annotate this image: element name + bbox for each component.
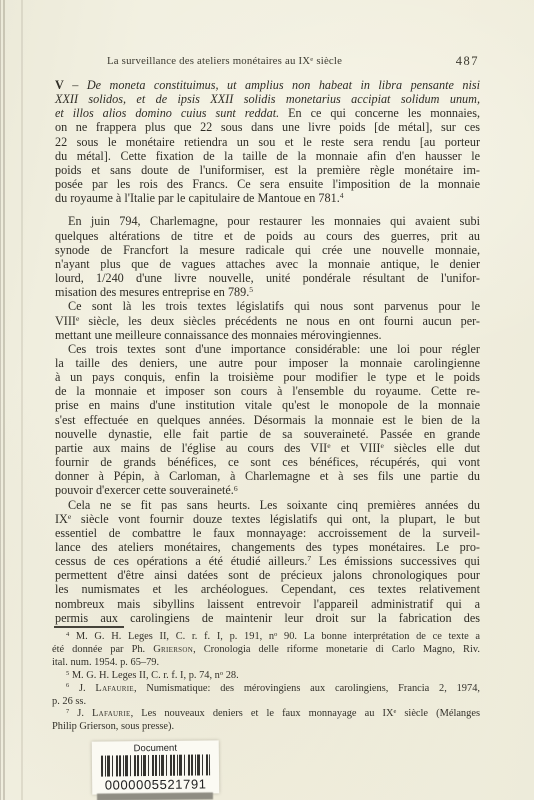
paragraph: 5 M. G. H. Leges II, C. r. f. I, p. 74, … xyxy=(52,670,480,683)
text-line: 7 J. Lafaurie, Les nouveaux deniers et l… xyxy=(52,708,480,721)
paragraph: Cela ne se fit pas sans heurts. Les soix… xyxy=(55,498,480,625)
text-segment: essentiel de combattre le faux monnayage… xyxy=(55,526,480,540)
text-line: n'ayant plus que de vagues attaches avec… xyxy=(55,257,480,271)
text-segment: nombreux mais sibyllins laissent entrevo… xyxy=(55,597,480,611)
paragraph: V – De moneta constituimus, ut amplius n… xyxy=(55,78,480,205)
text-line: poids et sans doute de l'uniformiser, es… xyxy=(55,163,480,177)
text-segment: siècle xyxy=(313,55,342,67)
text-segment: , Numismatique: des mérovingiens aux car… xyxy=(134,683,480,694)
text-segment: Lafaurie xyxy=(95,683,134,694)
text-segment: Philip Grierson, sous presse). xyxy=(52,721,174,732)
text-line: cessus de ces opérations a été étudié ai… xyxy=(55,554,480,568)
text-segment: permettent d'être ainsi datées sont de p… xyxy=(55,568,480,582)
text-segment: siècle, les deux siècles précédents ne n… xyxy=(79,314,480,328)
text-line: Ces trois textes sont d'une importance c… xyxy=(55,342,480,356)
text-line: prise en mains d'une institution vitale … xyxy=(55,398,480,412)
footnote-rule xyxy=(54,626,124,628)
paragraph: 4 M. G. H. Leges II, C. r. f. I, p. 191,… xyxy=(52,631,480,670)
sticker-shadow xyxy=(97,792,213,800)
text-line: donner à Pépin, à Carloman, à Charlemagn… xyxy=(55,469,480,483)
text-line: du métal]. Cette fixation de la taille d… xyxy=(55,149,480,163)
text-line: 22 sous le monétaire retiendra un sou et… xyxy=(55,135,480,149)
text-segment: siècles elle dut xyxy=(384,441,480,455)
text-segment: Ce sont là les trois textes législatifs … xyxy=(68,299,480,313)
text-segment: pouvoir d'exercer cette souveraineté. xyxy=(55,483,234,497)
text-line: Ce sont là les trois textes législatifs … xyxy=(55,299,480,313)
body-text: V – De moneta constituimus, ut amplius n… xyxy=(55,78,480,625)
text-segment: ital. num. 1954. p. 65–79. xyxy=(52,657,159,668)
text-segment: 4 xyxy=(66,631,69,638)
text-segment: posée par les rois des Francs. Ce sera e… xyxy=(55,177,480,191)
text-segment: nouvelle dynastie, elle fait partie de s… xyxy=(55,427,480,441)
barcode-bars xyxy=(101,754,210,776)
text-segment: Ces trois textes sont d'une importance c… xyxy=(68,342,480,356)
text-segment: , Les nouveaux deniers et le faux monnay… xyxy=(131,708,394,719)
page-number: 487 xyxy=(456,54,479,69)
text-segment: s'est effectuée en quelques années. Déso… xyxy=(55,413,480,427)
text-line: Philip Grierson, sous presse). xyxy=(52,721,480,734)
text-segment: poids et sans doute de l'uniformiser, es… xyxy=(55,163,480,177)
text-line: En juin 794, Charlemagne, pour restaurer… xyxy=(55,214,480,228)
text-line: permis aux carolingiens de maintenir leu… xyxy=(55,611,480,625)
text-segment: Cela ne se fit pas sans heurts. Les soix… xyxy=(68,498,480,512)
text-segment: o xyxy=(220,670,223,677)
text-segment: – xyxy=(64,78,87,92)
text-segment: lourd, 1/240 d'une livre nouvelle, unité… xyxy=(55,271,480,285)
text-segment: 28. xyxy=(223,670,239,681)
text-segment: siècle (Mélanges xyxy=(396,708,480,719)
barcode-number: 0000005521791 xyxy=(92,776,219,792)
text-segment: XXII solidos, et de ipsis XXII solidis m… xyxy=(55,92,480,106)
text-segment: p. 26 ss. xyxy=(52,696,86,707)
text-segment: 5 xyxy=(249,285,253,294)
text-line: mettant une meilleure connaissance des m… xyxy=(55,328,480,342)
text-segment: En ce qui concerne les monnaies, xyxy=(279,106,480,120)
text-segment: 4 xyxy=(340,191,344,200)
text-line: et illos alios domino cuius sunt reddat.… xyxy=(55,106,480,120)
text-segment: e xyxy=(327,441,330,450)
text-line: essentiel de combattre le faux monnayage… xyxy=(55,526,480,540)
text-line: 5 M. G. H. Leges II, C. r. f. I, p. 74, … xyxy=(52,670,480,683)
text-line: la taille des deniers, une autre pour im… xyxy=(55,356,480,370)
text-line: nombreux mais sibyllins laissent entrevo… xyxy=(55,597,480,611)
text-line: à un pays conquis, enfin la troisième po… xyxy=(55,370,480,384)
page-left-edge xyxy=(0,0,1,800)
text-segment: 6 xyxy=(234,484,238,493)
paragraph: Ces trois textes sont d'une importance c… xyxy=(55,342,480,498)
paragraph: 6 J. Lafaurie, Numismatique: des mérovin… xyxy=(52,683,480,709)
text-segment: prise en mains d'une institution vitale … xyxy=(55,398,480,412)
text-segment: Lafaurie xyxy=(92,708,131,719)
text-segment: 22 sous le monétaire retiendra un sou et… xyxy=(55,135,480,149)
text-segment: 7 xyxy=(66,708,69,715)
text-segment: synode de Francfort la mesure radicale q… xyxy=(55,243,480,257)
text-segment: e xyxy=(310,56,313,63)
text-segment: du métal]. Cette fixation de la taille d… xyxy=(55,149,480,163)
barcode-title: Document xyxy=(92,740,219,754)
page-edge-line xyxy=(21,0,23,800)
text-line: VIIIe siècle, les deux siècles précédent… xyxy=(55,314,480,328)
text-line: les numismates et les archéologues. Cepe… xyxy=(55,582,480,596)
text-line: V – De moneta constituimus, ut amplius n… xyxy=(55,78,480,92)
text-segment: fournir de grands bénéfices, ce sont ces… xyxy=(55,455,480,469)
text-line: XXII solidos, et de ipsis XXII solidis m… xyxy=(55,92,480,106)
text-line: synode de Francfort la mesure radicale q… xyxy=(55,243,480,257)
paragraph: En juin 794, Charlemagne, pour restaurer… xyxy=(55,214,480,299)
text-segment: et illos alios domino cuius sunt reddat. xyxy=(55,106,279,120)
text-line: s'est effectuée en quelques années. Déso… xyxy=(55,413,480,427)
text-line: du royaume à l'Italie par le capitulaire… xyxy=(55,191,480,205)
text-segment: n'ayant plus que de vagues attaches avec… xyxy=(55,257,480,271)
text-segment: la taille des deniers, une autre pour im… xyxy=(55,356,480,370)
paragraph: 7 J. Lafaurie, Les nouveaux deniers et l… xyxy=(52,708,480,734)
text-segment: o xyxy=(274,631,277,638)
text-segment: été donnée par Ph. xyxy=(52,644,153,655)
text-segment: on ne frappera plus que 22 sous dans une… xyxy=(55,120,480,134)
text-segment: mettant une meilleure connaissance des m… xyxy=(55,328,382,342)
text-line: on ne frappera plus que 22 sous dans une… xyxy=(55,120,480,134)
text-segment: Les émissions successives qui xyxy=(311,554,480,568)
text-segment: e xyxy=(68,512,71,521)
text-line: pouvoir d'exercer cette souveraineté.6 xyxy=(55,483,480,497)
text-segment: partie aux mains de l'église au cours de… xyxy=(55,441,327,455)
text-segment: e xyxy=(393,708,396,715)
text-segment: siècle vont fournir douze textes législa… xyxy=(71,512,480,526)
text-line: partie aux mains de l'église au cours de… xyxy=(55,441,480,455)
text-line: ital. num. 1954. p. 65–79. xyxy=(52,657,480,670)
text-segment: De moneta constituimus, ut amplius non h… xyxy=(87,78,480,92)
text-line: de la monnaie et imposer son cours à l'e… xyxy=(55,384,480,398)
text-segment: cessus de ces opérations a été étudié ai… xyxy=(55,554,307,568)
text-line: 4 M. G. H. Leges II, C. r. f. I, p. 191,… xyxy=(52,631,480,644)
text-line: lance des ateliers monétaires, changemen… xyxy=(55,540,480,554)
text-segment: , Cronologia delle riforme monetarie di … xyxy=(193,644,480,655)
text-line: Cela ne se fit pas sans heurts. Les soix… xyxy=(55,498,480,512)
scanned-page: La surveillance des ateliers monétaires … xyxy=(0,0,534,800)
text-segment: 5 xyxy=(66,670,69,677)
text-segment: lance des ateliers monétaires, changemen… xyxy=(55,540,480,554)
text-segment: permis aux carolingiens de maintenir leu… xyxy=(55,611,480,625)
text-segment: En juin 794, Charlemagne, pour restaurer… xyxy=(68,214,480,228)
text-line: IXe siècle vont fournir douze textes lég… xyxy=(55,512,480,526)
text-line: misation des mesures entreprise en 789.5 xyxy=(55,285,480,299)
text-segment: V xyxy=(55,78,64,92)
barcode-sticker: Document 0000005521791 xyxy=(92,740,220,794)
text-segment: les numismates et les archéologues. Cepe… xyxy=(55,582,480,596)
text-segment: 6 xyxy=(66,682,69,689)
text-line: permettent d'être ainsi datées sont de p… xyxy=(55,568,480,582)
footnotes: 4 M. G. H. Leges II, C. r. f. I, p. 191,… xyxy=(52,631,480,734)
text-segment: quelques altérations de titre et de poid… xyxy=(55,229,480,243)
text-segment: e xyxy=(76,314,79,323)
paragraph: Ce sont là les trois textes législatifs … xyxy=(55,299,480,341)
text-line: été donnée par Ph. Grierson, Cronologia … xyxy=(52,644,480,657)
text-segment: du royaume à l'Italie par le capitulaire… xyxy=(55,191,340,205)
text-segment: donner à Pépin, à Carloman, à Charlemagn… xyxy=(55,469,480,483)
text-segment: de la monnaie et imposer son cours à l'e… xyxy=(55,384,480,398)
running-head-title: La surveillance des ateliers monétaires … xyxy=(107,55,342,67)
text-segment: misation des mesures entreprise en 789. xyxy=(55,285,249,299)
text-line: posée par les rois des Francs. Ce sera e… xyxy=(55,177,480,191)
text-segment: M. G. H. Leges II, C. r. f. I, p. 74, n xyxy=(69,670,220,681)
text-segment: IX xyxy=(55,512,68,526)
text-line: nouvelle dynastie, elle fait partie de s… xyxy=(55,427,480,441)
text-segment: VIII xyxy=(55,314,76,328)
text-segment: La surveillance des ateliers monétaires … xyxy=(107,55,310,67)
text-segment: et VIII xyxy=(331,441,381,455)
text-segment: e xyxy=(380,441,383,450)
text-line: fournir de grands bénéfices, ce sont ces… xyxy=(55,455,480,469)
running-head: La surveillance des ateliers monétaires … xyxy=(55,55,480,70)
text-segment: à un pays conquis, enfin la troisième po… xyxy=(55,370,480,384)
text-segment: 7 xyxy=(307,554,311,563)
text-line: quelques altérations de titre et de poid… xyxy=(55,229,480,243)
page-edge-line xyxy=(3,0,5,800)
text-segment: M. G. H. Leges II, C. r. f. I, p. 191, n xyxy=(69,631,274,642)
text-segment: J. xyxy=(69,683,95,694)
text-line: 6 J. Lafaurie, Numismatique: des mérovin… xyxy=(52,683,480,696)
text-segment: J. xyxy=(69,708,92,719)
text-segment: Grierson xyxy=(153,644,193,655)
text-line: p. 26 ss. xyxy=(52,696,480,709)
text-line: lourd, 1/240 d'une livre nouvelle, unité… xyxy=(55,271,480,285)
text-segment: 90. La bonne interprétation de ce texte … xyxy=(277,631,480,642)
